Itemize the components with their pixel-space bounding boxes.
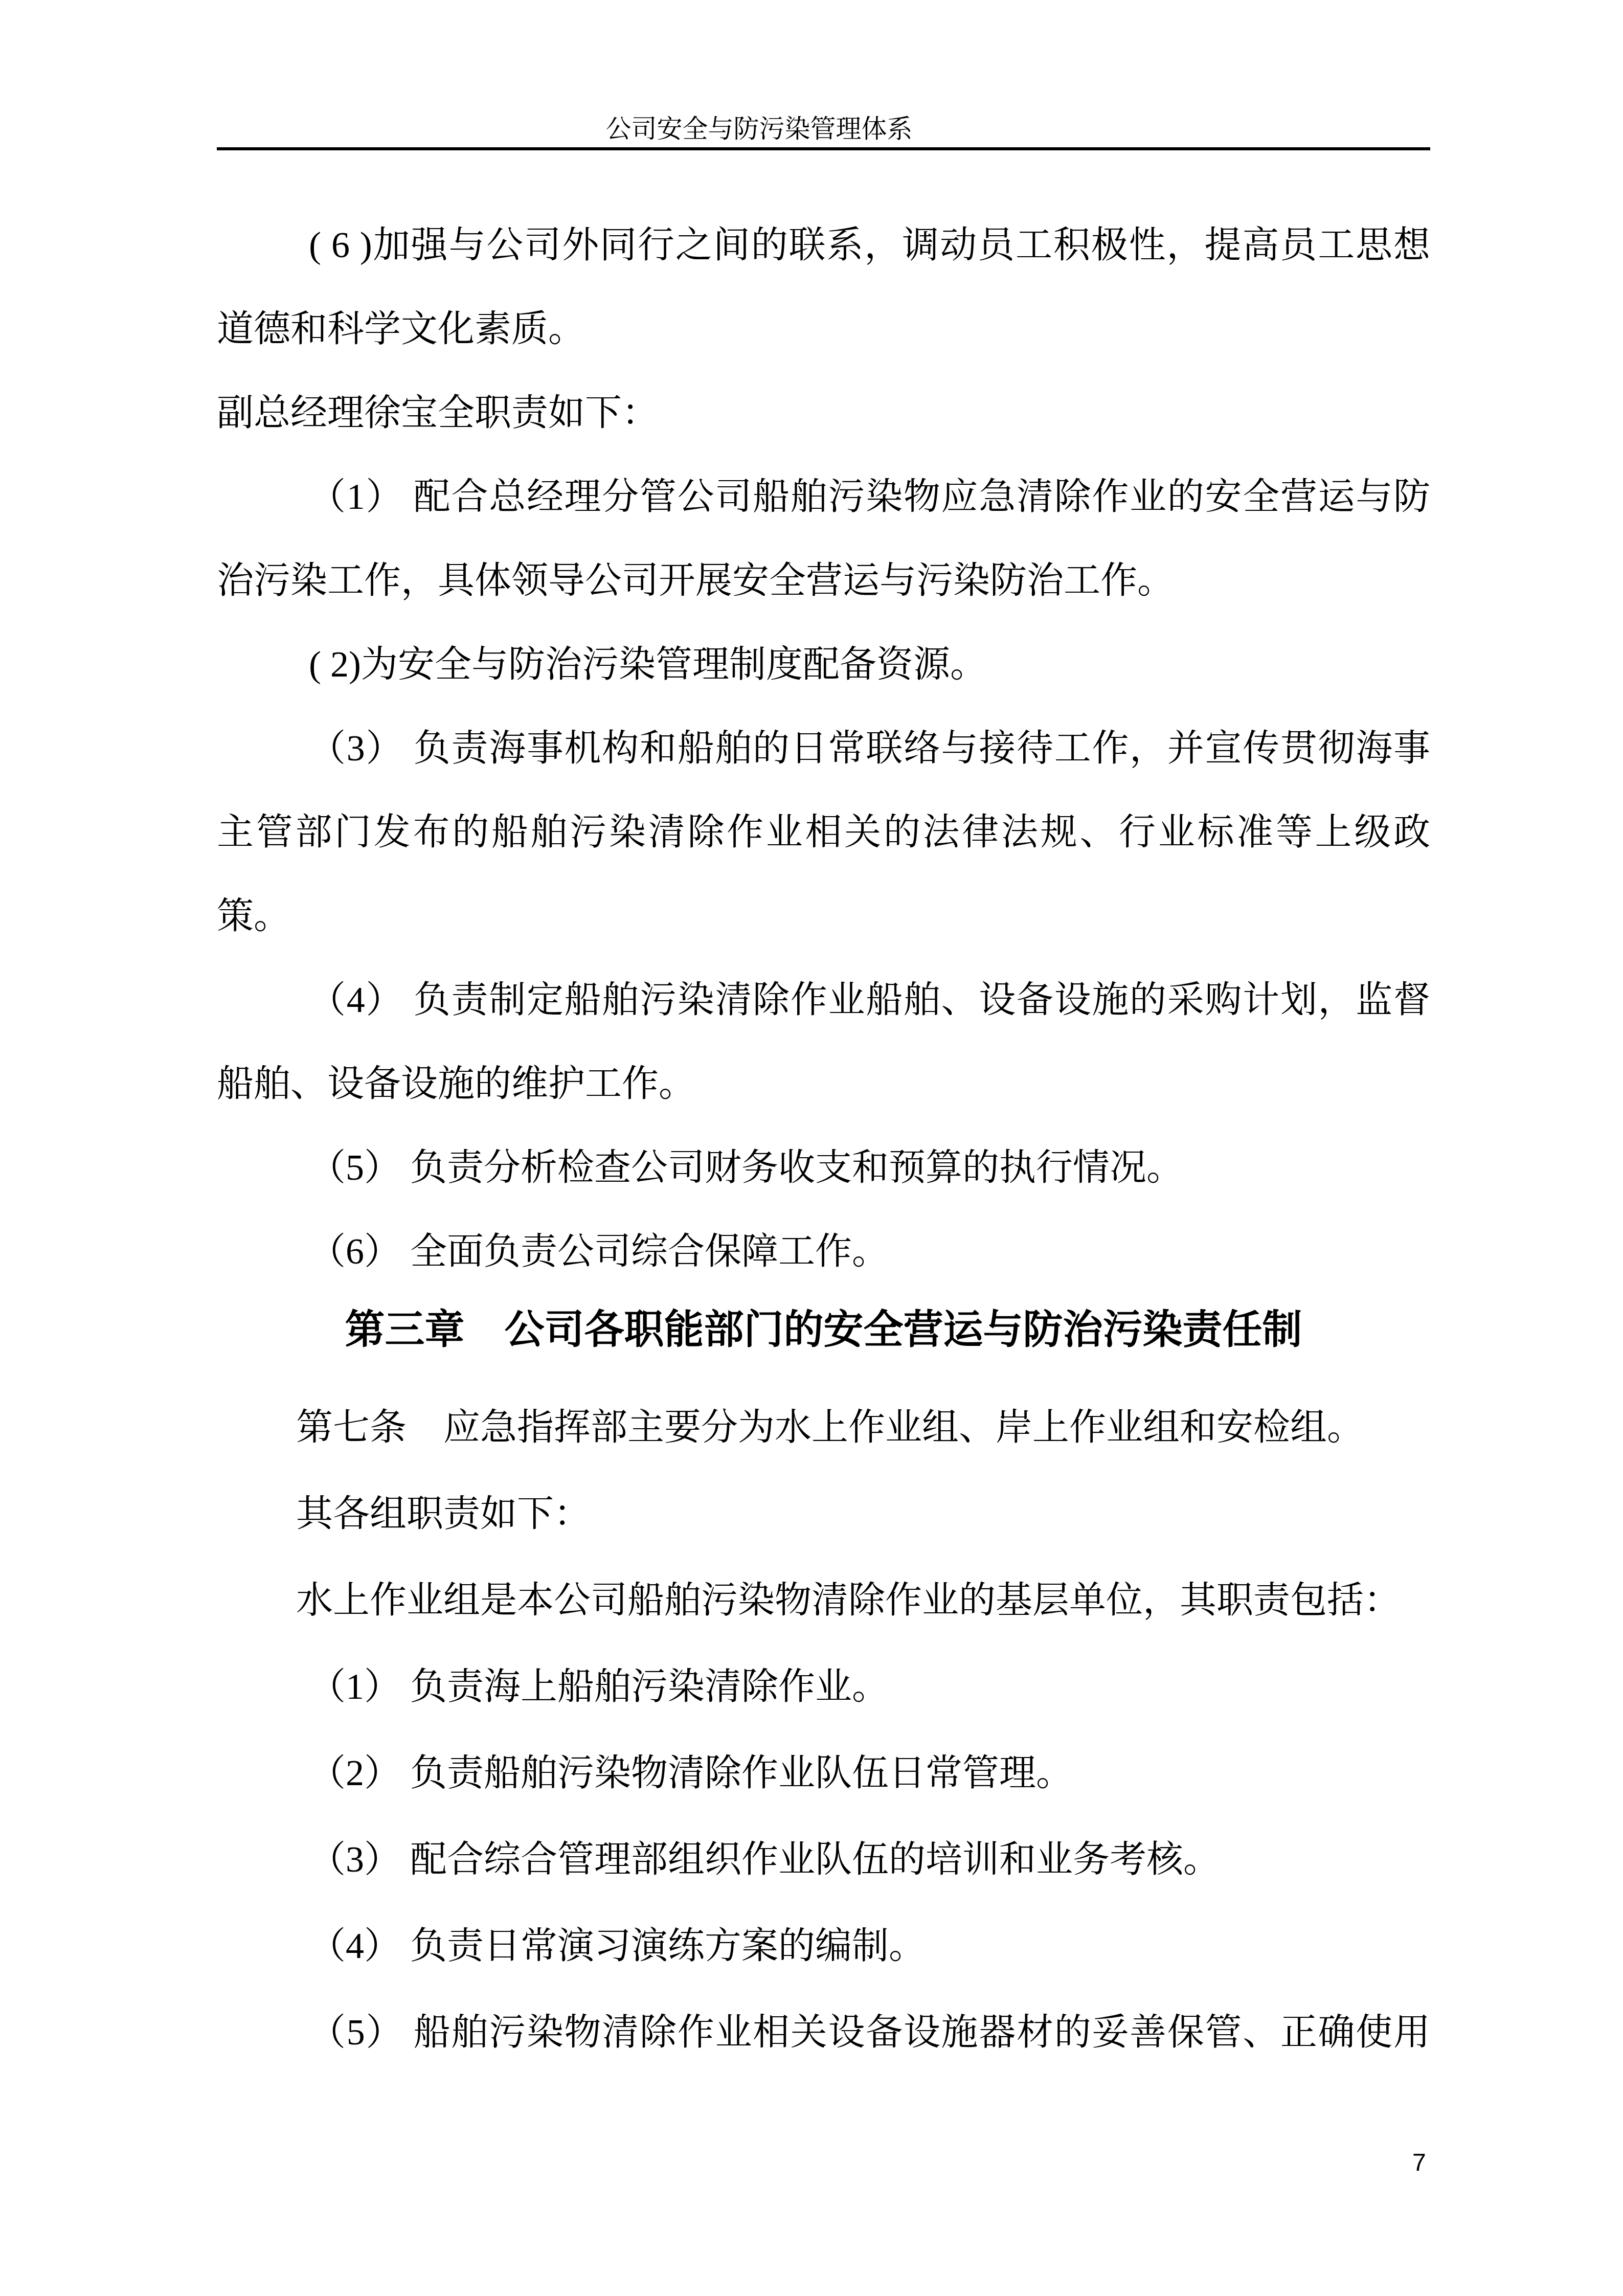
- chapter-heading: 第三章 公司各职能部门的安全营运与防治污染责任制: [217, 1288, 1430, 1372]
- page-number: 7: [1412, 2148, 1443, 2178]
- document-page: 公司安全与防污染管理体系 ( 6 )加强与公司外同行之间的联系，调动员工积极性，…: [0, 0, 1623, 2296]
- body-section-1: ( 6 )加强与公司外同行之间的联系，调动员工积极性，提高员工思想 道德和科学文…: [217, 203, 1430, 1293]
- paragraph-line: 船舶、设备设施的维护工作。: [217, 1042, 1430, 1126]
- paragraph-line: （1） 负责海上船舶污染清除作业。: [217, 1644, 1430, 1730]
- paragraph-line: （3） 负责海事机构和船舶的日常联络与接待工作，并宣传贯彻海事: [217, 706, 1430, 790]
- paragraph-line: 水上作业组是本公司船舶污染物清除作业的基层单位，其职责包括：: [217, 1557, 1430, 1644]
- paragraph-line: ( 2)为安全与防治污染管理制度配备资源。: [217, 622, 1430, 706]
- header-rule: [217, 147, 1430, 150]
- paragraph-line: （4） 负责日常演习演练方案的编制。: [217, 1903, 1430, 1989]
- paragraph-line: 主管部门发布的船舶污染清除作业相关的法律法规、行业标准等上级政: [217, 790, 1430, 874]
- paragraph-line: 其各组职责如下：: [217, 1471, 1430, 1557]
- paragraph-line: 治污染工作，具体领导公司开展安全营运与污染防治工作。: [217, 538, 1430, 622]
- paragraph-line: （2） 负责船舶污染物清除作业队伍日常管理。: [217, 1730, 1430, 1816]
- body-section-2: 第七条 应急指挥部主要分为水上作业组、岸上作业组和安检组。 其各组职责如下： 水…: [217, 1384, 1430, 2076]
- paragraph-line: （5） 船舶污染物清除作业相关设备设施器材的妥善保管、正确使用: [217, 1989, 1430, 2076]
- paragraph-line: 第七条 应急指挥部主要分为水上作业组、岸上作业组和安检组。: [217, 1384, 1430, 1471]
- paragraph-line: （5） 负责分析检查公司财务收支和预算的执行情况。: [217, 1126, 1430, 1209]
- paragraph-line: （3） 配合综合管理部组织作业队伍的培训和业务考核。: [217, 1816, 1430, 1903]
- paragraph-line: 道德和科学文化素质。: [217, 287, 1430, 371]
- paragraph-line: 策。: [217, 874, 1430, 958]
- paragraph-line: （1） 配合总经理分管公司船舶污染物应急清除作业的安全营运与防: [217, 455, 1430, 538]
- paragraph-line: 副总经理徐宝全职责如下：: [217, 371, 1430, 455]
- paragraph-line: （4） 负责制定船舶污染清除作业船舶、设备设施的采购计划，监督: [217, 958, 1430, 1042]
- paragraph-line: ( 6 )加强与公司外同行之间的联系，调动员工积极性，提高员工思想: [217, 203, 1430, 287]
- paragraph-line: （6） 全面负责公司综合保障工作。: [217, 1209, 1430, 1293]
- header-title: 公司安全与防污染管理体系: [152, 114, 1366, 144]
